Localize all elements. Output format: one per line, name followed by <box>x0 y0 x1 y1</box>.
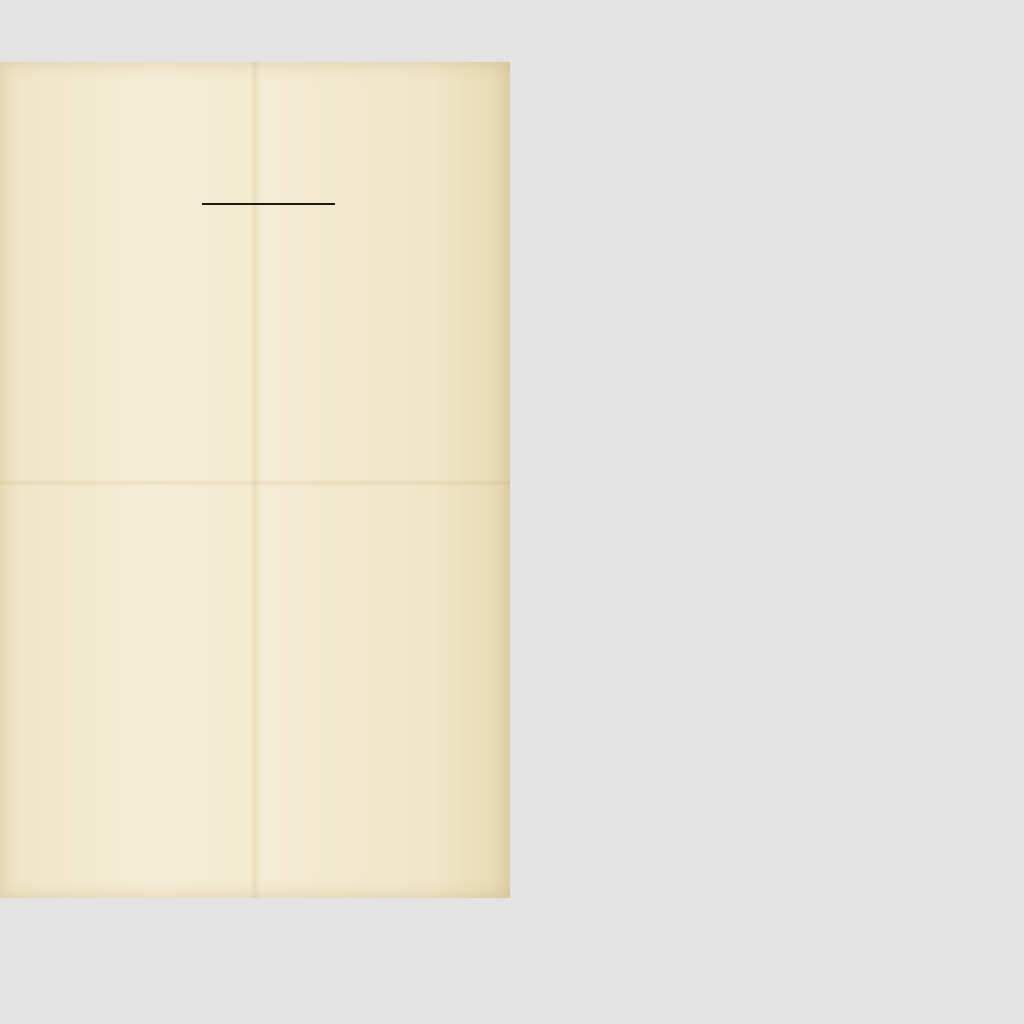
title-divider <box>202 203 335 205</box>
paper-fold <box>0 480 510 486</box>
left-document-page <box>0 62 510 898</box>
